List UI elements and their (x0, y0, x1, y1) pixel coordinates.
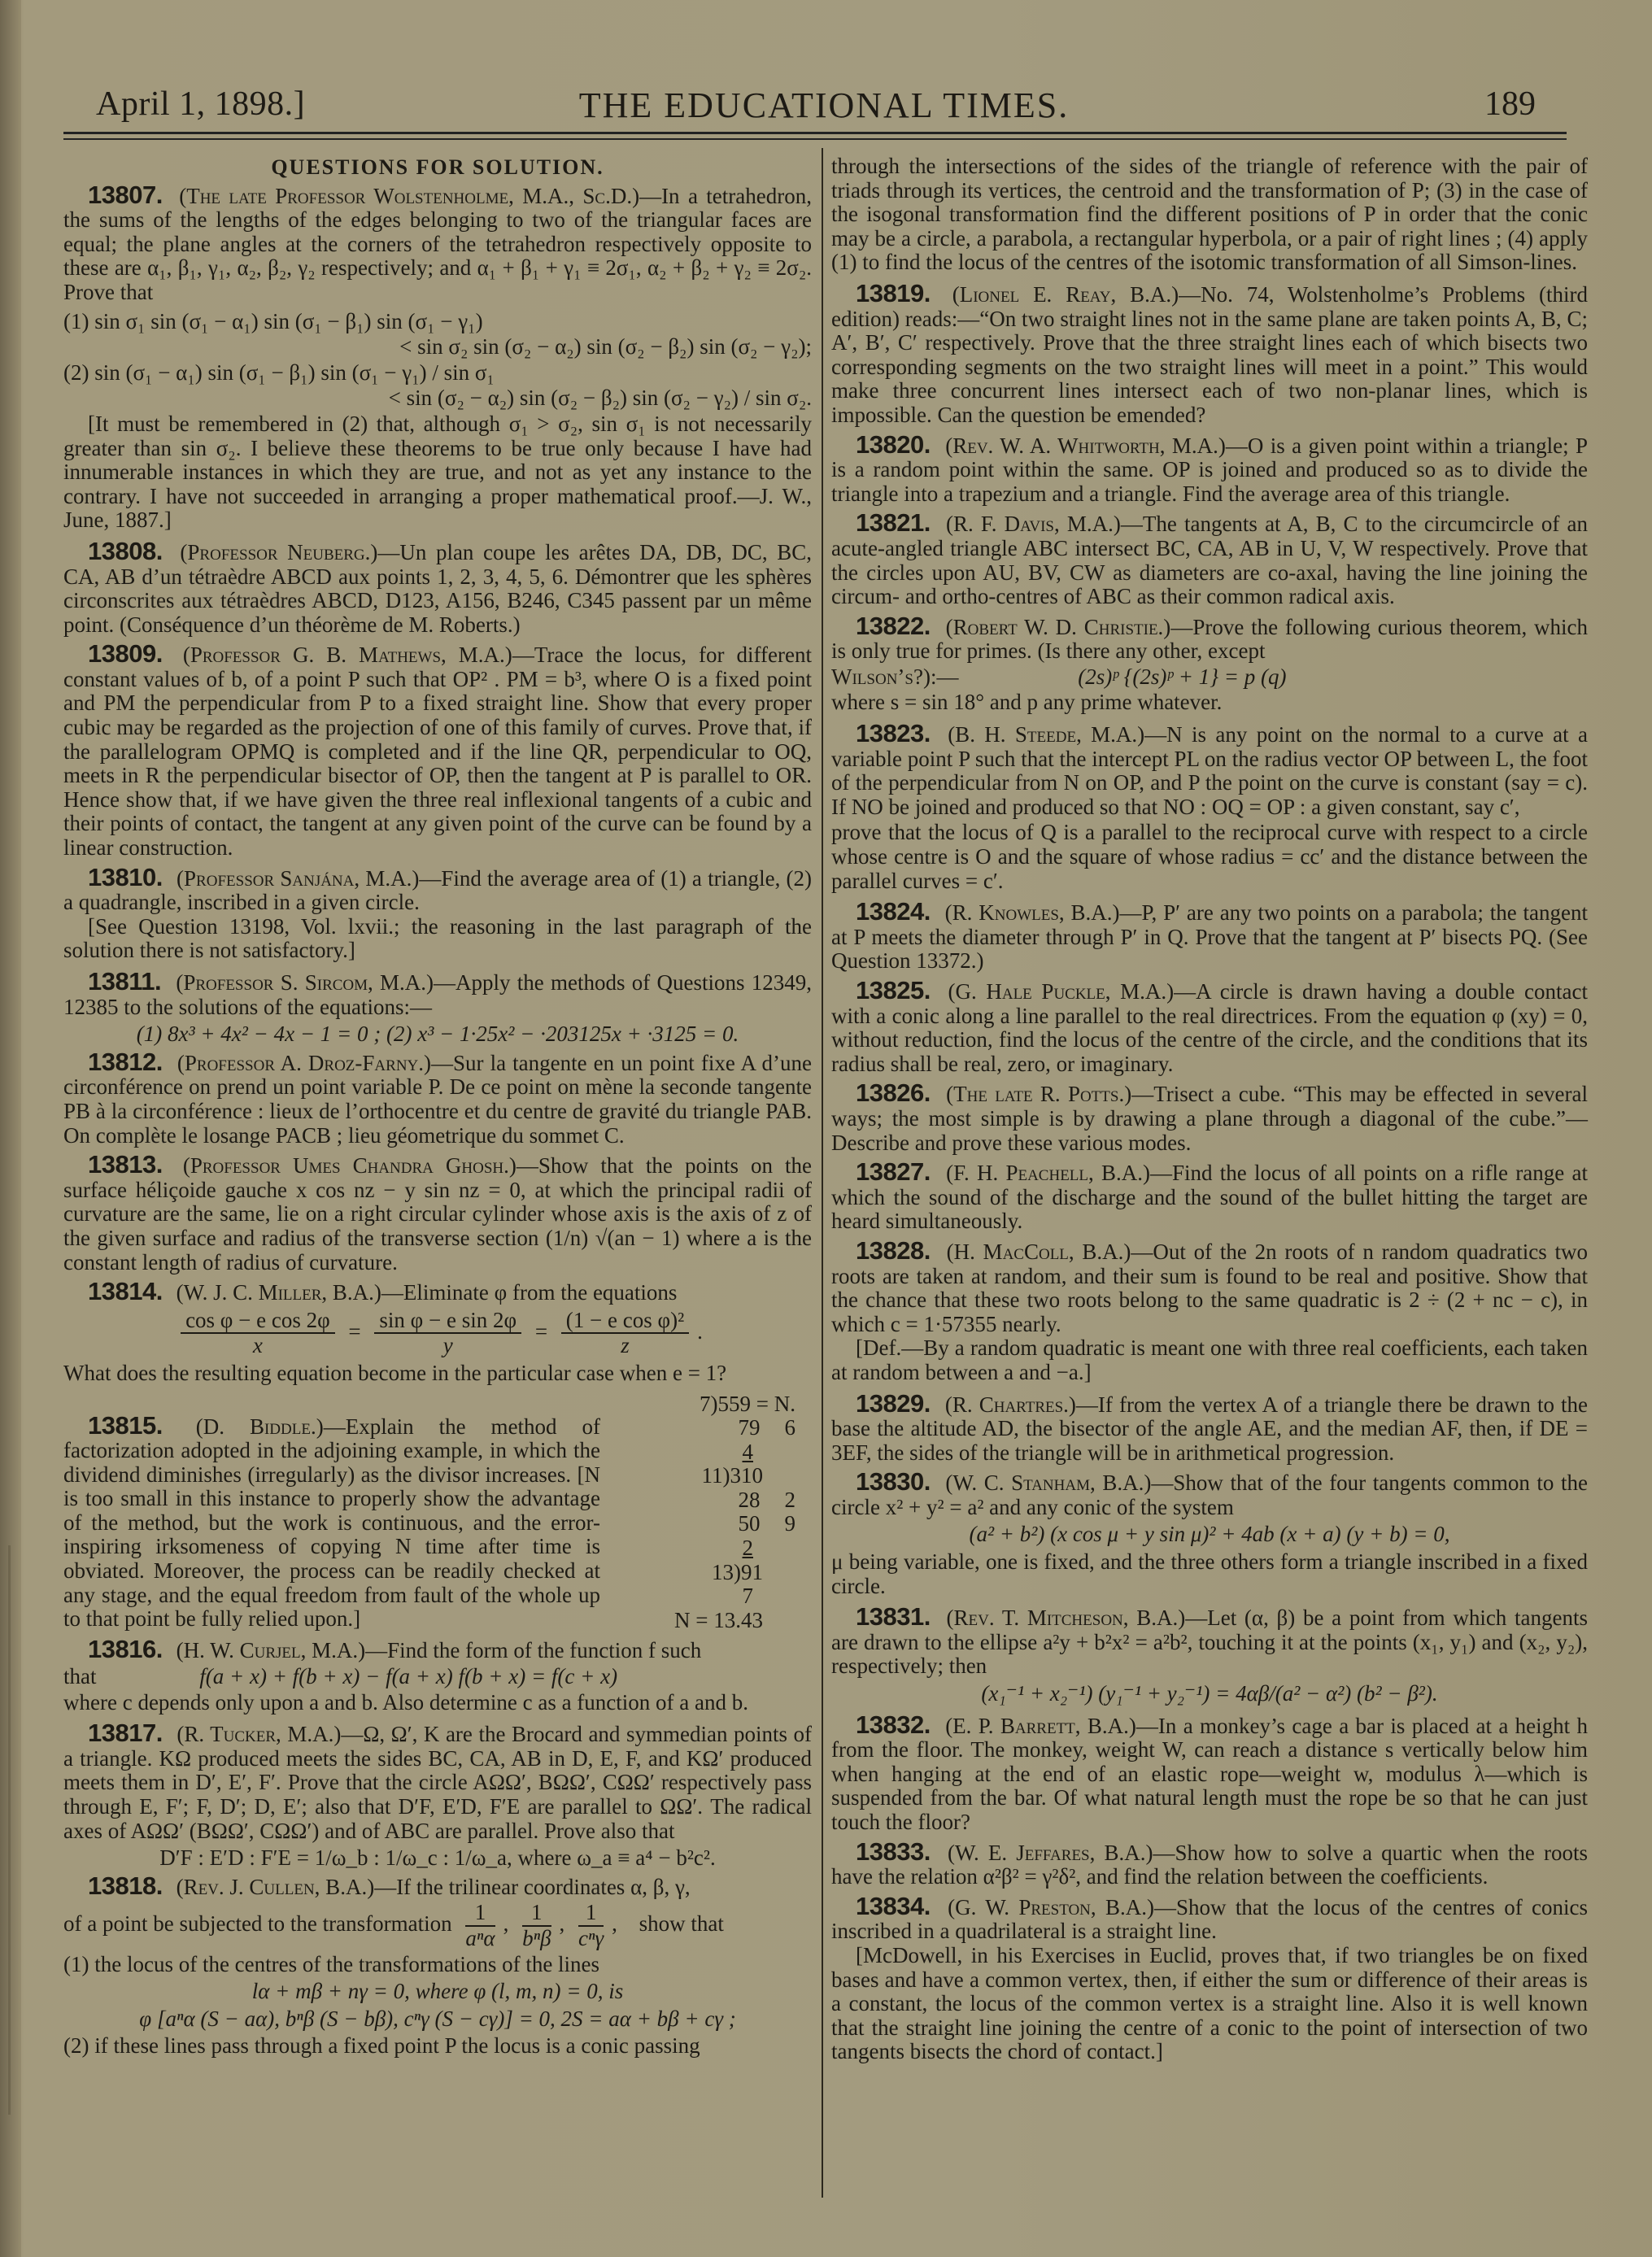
question-author: (G. W. Preston, B.A.) (948, 1895, 1154, 1919)
question-text: —Explain the method of factorization ado… (63, 1414, 600, 1632)
section-title: QUESTIONS FOR SOLUTION. (63, 155, 812, 180)
question-author: (Rev. T. Mitcheson, B.A.) (947, 1606, 1186, 1630)
question-number: 13811. (88, 967, 161, 996)
question-13826: 13826. (The late R. Potts.)—Trisect a cu… (831, 1081, 1588, 1155)
question-text: —If the trilinear coordinates α, β, γ, (374, 1875, 690, 1899)
question-13814: 13814. (W. J. C. Miller, B.A.)—Eliminate… (63, 1279, 812, 1305)
question-13823: 13823. (B. H. Steede, M.A.)—N is any poi… (831, 721, 1588, 819)
question-13807: 13807. (The late Professor Wolstenholme,… (63, 183, 812, 305)
question-author: (Robert W. D. Christie.) (946, 615, 1171, 639)
question-13820: 13820. (Rev. W. A. Whitworth, M.A.)—O is… (831, 433, 1588, 507)
question-13825: 13825. (G. Hale Puckle, M.A.)—A circle i… (831, 978, 1588, 1076)
question-13810: 13810. (Professor Sanjána, M.A.)—Find th… (63, 865, 812, 915)
question-number: 13825. (856, 976, 931, 1004)
question-number: 13821. (856, 508, 931, 537)
question-tail: What does the resulting equation become … (63, 1362, 812, 1386)
question-number: 13815. (88, 1411, 163, 1440)
work-row: N = 13.43 (608, 1609, 795, 1633)
question-text: —A circle is drawn having a double conta… (831, 979, 1588, 1076)
fraction: sin φ − e sin 2φy (374, 1309, 521, 1358)
header-rule-bottom (63, 138, 1567, 140)
question-number: 13820. (856, 430, 931, 459)
question-author: (B. H. Steede, M.A.) (948, 722, 1144, 747)
function-equation: that f(a + x) + f(b + x) − f(a + x) f(b … (63, 1665, 812, 1689)
question-author: (Lionel E. Reay, B.A.) (952, 282, 1179, 307)
equation-locus: φ [aⁿα (S − aα), bⁿβ (S − bβ), cⁿγ (S − … (63, 2007, 812, 2032)
equations: (1) 8x³ + 4x² − 4x − 1 = 0 ; (2) x³ − 1·… (63, 1022, 812, 1047)
work-row: 282 (608, 1488, 795, 1513)
work-row: 11)310 (608, 1464, 795, 1488)
question-13817: 13817. (R. Tucker, M.A.)—Ω, Ω′, K are th… (63, 1721, 812, 1843)
question-number: 13831. (856, 1602, 931, 1631)
question-text: —N is any point on the normal to a curve… (831, 722, 1588, 819)
tangent-equation: (x₁⁻¹ + x₂⁻¹) (y₁⁻¹ + y₂⁻¹) = 4αβ/(a² − … (831, 1682, 1588, 1706)
question-number: 13813. (88, 1150, 163, 1179)
question-text: —Trace the locus, for different constant… (63, 643, 812, 860)
question-text: —Sur la tangente en un point fixe A d’un… (63, 1051, 812, 1148)
question-13824: 13824. (R. Knowles, B.A.)—P, P′ are any … (831, 900, 1588, 974)
question-13834: 13834. (G. W. Preston, B.A.)—Show that t… (831, 1894, 1588, 1944)
question-13818-continued: through the intersections of the sides o… (831, 155, 1588, 275)
conic-equation: (a² + b²) (x cos μ + y sin μ)² + 4ab (x … (831, 1523, 1588, 1547)
question-text: —Let (α, β) be a point from which tangen… (831, 1606, 1588, 1678)
part-2: (2) if these lines pass through a fixed … (63, 2034, 812, 2059)
transformation-line: of a point be subjected to the transform… (63, 1901, 812, 1950)
question-text: —Trisect a cube. “This may be effected i… (831, 1082, 1588, 1154)
question-number: 13809. (88, 639, 163, 668)
question-13827: 13827. (F. H. Peachell, B.A.)—Find the l… (831, 1160, 1588, 1234)
question-number: 13814. (88, 1277, 163, 1305)
question-13832: 13832. (E. P. Barrett, B.A.)—In a monkey… (831, 1713, 1588, 1835)
fraction: cos φ − e cos 2φx (181, 1309, 335, 1358)
question-13811: 13811. (Professor S. Sircom, M.A.)—Apply… (63, 969, 812, 1019)
page-number: 189 (1484, 85, 1536, 124)
right-column: through the intersections of the sides o… (831, 153, 1588, 2071)
question-13812: 13812. (Professor A. Droz-Farny.)—Sur la… (63, 1050, 812, 1148)
question-13829: 13829. (R. Chartres.)—If from the vertex… (831, 1392, 1588, 1466)
page-header: April 1, 1898.] THE EDUCATIONAL TIMES. 1… (63, 81, 1584, 130)
question-13828: 13828. (H. MacColl, B.A.)—Out of the 2n … (831, 1239, 1588, 1336)
work-row: 796 (608, 1416, 795, 1440)
work-row: 13)91 (608, 1561, 795, 1585)
question-number: 13812. (88, 1048, 163, 1076)
question-13833: 13833. (W. E. Jeffares, B.A.)—Show how t… (831, 1840, 1588, 1889)
journal-title: THE EDUCATIONAL TIMES. (63, 85, 1584, 126)
prime-equation: Wilson’s?):— (2s)ᵖ {(2s)ᵖ + 1} = p (q) (831, 665, 1588, 690)
question-number: 13823. (856, 719, 931, 747)
fraction: 1aⁿα (465, 1901, 495, 1950)
question-number: 13810. (88, 863, 163, 891)
work-row: 2 (608, 1536, 795, 1561)
question-number: 13816. (88, 1635, 163, 1663)
question-note: [McDowell, in his Exercises in Euclid, p… (831, 1944, 1588, 2064)
question-text: —Find the average area of (1) a triangle… (63, 866, 812, 915)
question-tail: where c depends only upon a and b. Also … (63, 1691, 812, 1715)
question-13830: 13830. (W. C. Stanham, B.A.)—Show that o… (831, 1470, 1588, 1519)
question-number: 13827. (856, 1157, 931, 1186)
fraction: 1bⁿβ (522, 1901, 551, 1950)
question-author: (R. Chartres.) (945, 1392, 1076, 1417)
question-13821: 13821. (R. F. Davis, M.A.)—The tangents … (831, 511, 1588, 608)
question-author: (Professor Neuberg.) (180, 540, 377, 564)
question-tail: μ being variable, one is fixed, and the … (831, 1550, 1588, 1598)
work-row: 4 (608, 1440, 795, 1465)
question-author: (Professor G. B. Mathews, M.A.) (183, 643, 512, 667)
question-13818: 13818. (Rev. J. Cullen, B.A.)—If the tri… (63, 1874, 812, 1900)
question-number: 13807. (88, 181, 163, 209)
question-author: (W. E. Jeffares, B.A.) (948, 1841, 1153, 1865)
question-text: —Prove the following curious theorem, wh… (831, 615, 1588, 664)
question-text: —Show that the locus of the centres of c… (831, 1895, 1588, 1944)
question-author: (E. P. Barrett, B.A.) (945, 1714, 1136, 1738)
question-number: 13817. (88, 1719, 163, 1747)
equation-2b: < sin (σ₂ − α₂) sin (σ₂ − β₂) sin (σ₂ − … (63, 386, 812, 411)
equation-lines: lα + mβ + nγ = 0, where φ (l, m, n) = 0,… (63, 1980, 812, 2004)
question-text: —Eliminate φ from the equations (381, 1280, 678, 1305)
equation-1b: < sin σ₂ sin (σ₂ − α₂) sin (σ₂ − β₂) sin… (63, 335, 812, 359)
page-edge (0, 0, 21, 2257)
question-13831: 13831. (Rev. T. Mitcheson, B.A.)—Let (α,… (831, 1605, 1588, 1679)
question-author: (Professor S. Sircom, M.A.) (176, 970, 434, 995)
question-author: (F. H. Peachell, B.A.) (946, 1161, 1150, 1185)
question-13822: 13822. (Robert W. D. Christie.)—Prove th… (831, 614, 1588, 664)
question-13808: 13808. (Professor Neuberg.)—Un plan coup… (63, 539, 812, 637)
question-13815: 13815. (D. Biddle.)—Explain the method o… (63, 1392, 812, 1633)
question-author: (W. C. Stanham, B.A.) (945, 1471, 1151, 1495)
question-13813: 13813. (Professor Umes Chandra Ghosh.)—S… (63, 1152, 812, 1274)
question-13819: 13819. (Lionel E. Reay, B.A.)—No. 74, Wo… (831, 281, 1588, 428)
question-number: 13818. (88, 1871, 163, 1900)
left-column: QUESTIONS FOR SOLUTION. 13807. (The late… (63, 150, 812, 2060)
fraction-equation: cos φ − e cos 2φx = sin φ − e sin 2φy = … (63, 1309, 812, 1358)
equation-1a: (1) sin σ₁ sin (σ₁ − α₁) sin (σ₁ − β₁) s… (63, 310, 812, 334)
question-author: (G. Hale Puckle, M.A.) (948, 979, 1174, 1004)
fraction: (1 − e cos φ)²z (561, 1309, 689, 1358)
question-note: [Def.—By a random quadratic is meant one… (831, 1336, 1588, 1384)
fraction: 1cⁿγ (578, 1901, 604, 1950)
work-row: 7 (608, 1584, 795, 1609)
question-number: 13833. (856, 1837, 931, 1866)
question-number: 13808. (88, 537, 163, 565)
question-text: —Out of the 2n roots of n random quadrat… (831, 1240, 1588, 1336)
question-author: (The late R. Potts.) (946, 1082, 1131, 1106)
question-text: —Show how to solve a quartic when the ro… (831, 1841, 1588, 1889)
question-author: (H. MacColl, B.A.) (947, 1240, 1131, 1264)
question-number: 13828. (856, 1236, 931, 1265)
equation-2a: (2) sin (σ₁ − α₁) sin (σ₁ − β₁) sin (σ₁ … (63, 361, 812, 386)
ratio-equation: D′F : E′D : F′E = 1/ω_b : 1/ω_c : 1/ω_a,… (63, 1846, 812, 1871)
question-tail: prove that the locus of Q is a parallel … (831, 821, 1588, 893)
question-author: (R. F. Davis, M.A.) (946, 512, 1121, 536)
header-rule-top (63, 132, 1567, 134)
question-author: (Professor Sanjána, M.A.) (177, 866, 419, 891)
question-13809: 13809. (Professor G. B. Mathews, M.A.)—T… (63, 642, 812, 860)
question-author: (Rev. J. Cullen, B.A.) (177, 1875, 375, 1899)
question-tail: where s = sin 18° and p any prime whatev… (831, 691, 1588, 715)
question-text: —Un plan coupe les arêtes DA, DB, DC, BC… (63, 540, 812, 637)
question-number: 13829. (856, 1389, 931, 1418)
question-13816: 13816. (H. W. Curjel, M.A.)—Find the for… (63, 1637, 812, 1663)
question-number: 13826. (856, 1078, 931, 1107)
question-number: 13834. (856, 1892, 931, 1920)
page-edge-shadow (8, 1545, 11, 2115)
question-text: —Find the form of the function f such (365, 1638, 701, 1662)
question-author: (D. Biddle.) (196, 1414, 324, 1439)
question-author: (Professor A. Droz-Farny.) (177, 1051, 431, 1075)
question-author: (H. W. Curjel, M.A.) (177, 1638, 366, 1662)
question-number: 13824. (856, 897, 931, 926)
question-text: —Find the locus of all points on a rifle… (831, 1161, 1588, 1233)
factorization-work: 7)559 = N. 796 4 11)310 282 509 2 13)91 … (608, 1392, 812, 1633)
column-divider (822, 148, 823, 2198)
question-author: (R. Knowles, B.A.) (945, 900, 1120, 925)
question-author: (Rev. W. A. Whitworth, M.A.) (945, 434, 1226, 458)
question-number: 13832. (856, 1710, 931, 1739)
question-text: —No. 74, Wolstenholme’s Problems (third … (831, 282, 1588, 427)
part-1: (1) the locus of the centres of the tran… (63, 1953, 812, 1977)
question-text: —Ω, Ω′, K are the Brocard and symmedian … (63, 1722, 812, 1842)
work-row: 509 (608, 1512, 795, 1536)
question-note: [See Question 13198, Vol. lxvii.; the re… (63, 915, 812, 963)
question-text: —The tangents at A, B, C to the circumci… (831, 512, 1588, 608)
question-number: 13822. (856, 612, 931, 640)
question-author: (R. Tucker, M.A.) (177, 1722, 341, 1746)
work-row: 7)559 = N. (608, 1392, 795, 1417)
question-note: [It must be remembered in (2) that, alth… (63, 412, 812, 533)
question-number: 13819. (856, 279, 931, 307)
question-author: (The late Professor Wolstenholme, M.A., … (179, 184, 639, 208)
question-author: (W. J. C. Miller, B.A.) (177, 1280, 381, 1305)
question-author: (Professor Umes Chandra Ghosh.) (183, 1153, 517, 1178)
question-number: 13830. (856, 1467, 931, 1496)
